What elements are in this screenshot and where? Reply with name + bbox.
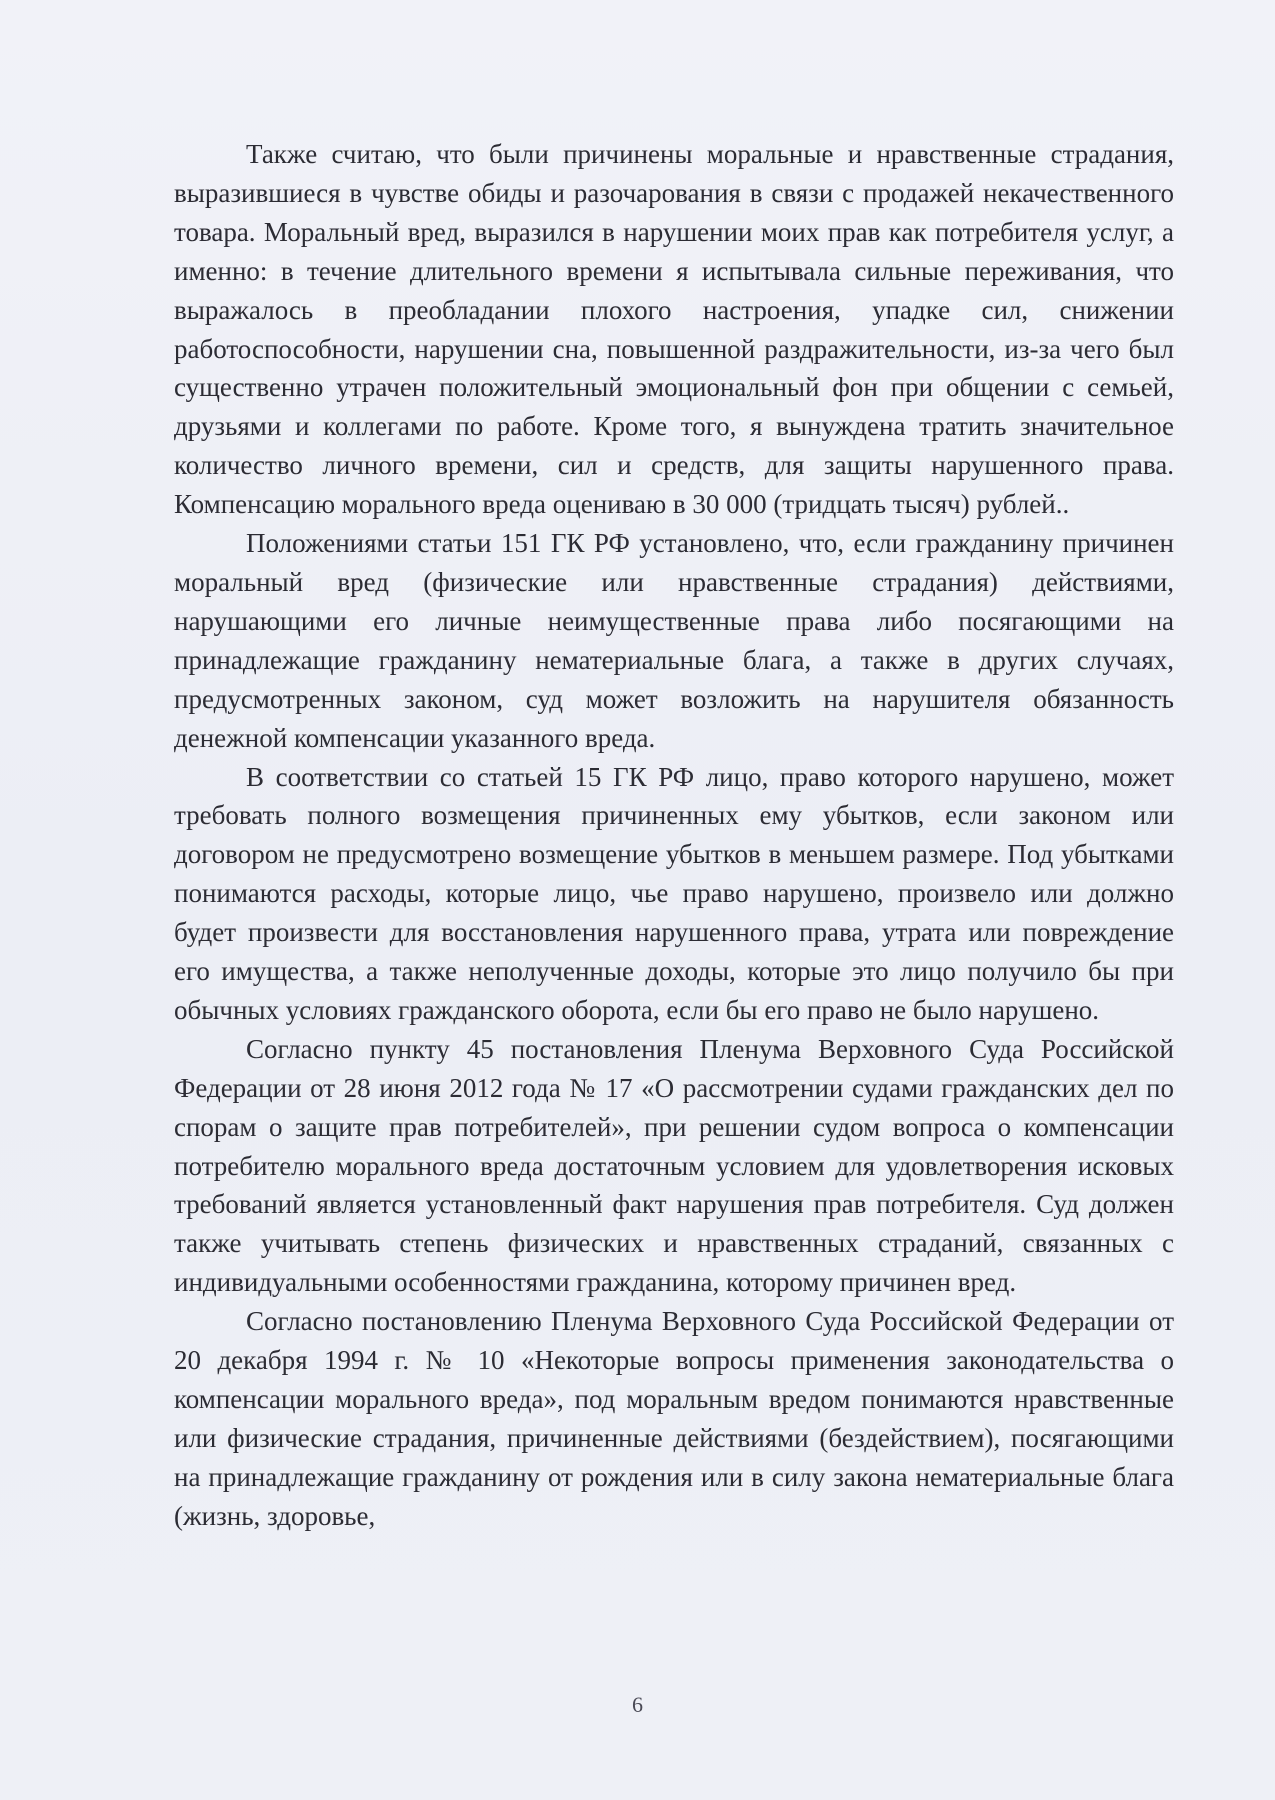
paragraph-article-15: В соответствии со статьей 15 ГК РФ лицо,… (174, 758, 1174, 1030)
page-number: 6 (0, 1692, 1275, 1718)
document-body: Также считаю, что были причинены моральн… (174, 135, 1174, 1536)
paragraph-moral-damage-claim: Также считаю, что были причинены моральн… (174, 135, 1174, 524)
paragraph-plenum-1994: Согласно постановлению Пленума Верховног… (174, 1302, 1174, 1535)
document-page: Также считаю, что были причинены моральн… (0, 0, 1275, 1800)
paragraph-article-151: Положениями статьи 151 ГК РФ установлено… (174, 524, 1174, 757)
paragraph-plenum-2012: Согласно пункту 45 постановления Пленума… (174, 1030, 1174, 1302)
